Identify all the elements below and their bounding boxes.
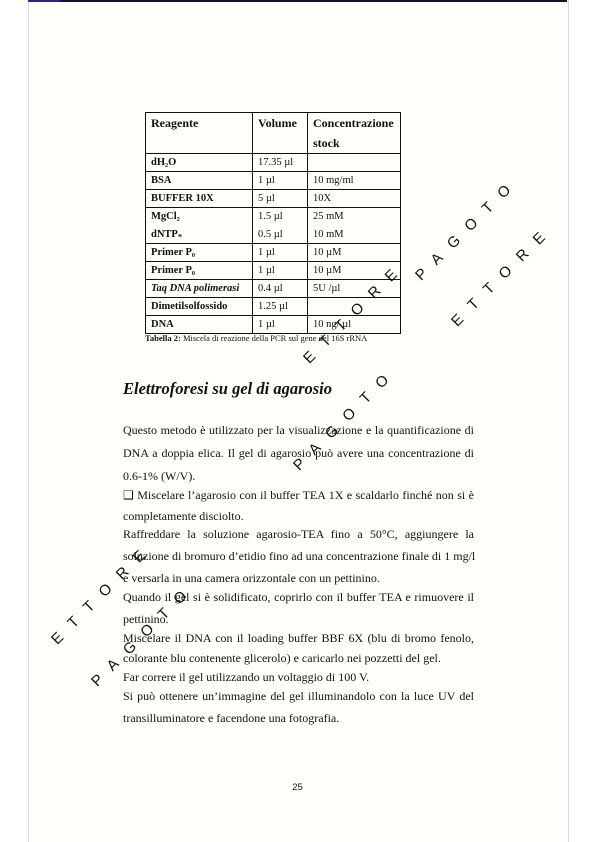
body-line: colorante blu contenente glicerolo) e ca… [123,651,474,665]
body-line: DNA a doppia elica. Il gel di agarosio p… [123,446,474,460]
table-row: BSA 1 µl 10 mg/ml [146,172,401,190]
table-caption: Tabella 2: Miscela di reazione della PCR… [145,333,367,343]
caption-label: Tabella 2: [145,333,181,343]
section-title: Elettroforesi su gel di agarosio [123,379,332,399]
body-line: pettinino. [123,612,474,626]
body-line: e versarla in una camera orizzontale con… [123,571,474,585]
table-row: Taq DNA polimerasi 0.4 µl 5U /µl [146,280,401,298]
page-number: 25 [0,782,595,793]
table-header-row: Reagente Volume Concentrazione stock [146,113,401,154]
body-line: transilluminatore e facendone una fotogr… [123,711,474,725]
body-line: soluzione di bromuro d’etidio fino ad un… [123,549,474,563]
table-row: Primer P₀ 1 µl 10 µM [146,262,401,280]
body-line: Quando il gel si è solidificato, coprirl… [123,590,474,604]
body-line: 0.6-1% (W/V). [123,469,474,483]
table-row: dH₂O 17.35 µl [146,154,401,172]
table-row: BUFFER 10X 5 µl 10X [146,190,401,208]
body-line: Si può ottenere un’immagine del gel illu… [123,689,474,703]
body-line: Raffreddare la soluzione agarosio-TEA fi… [123,527,474,541]
body-line: ❑ Miscelare l’agarosio con il buffer TEA… [123,488,474,502]
table-row: Primer P₀ 1 µl 10 µM [146,244,401,262]
body-line: Far correre il gel utilizzando un voltag… [123,670,474,684]
pcr-reaction-table: Reagente Volume Concentrazione stock dH₂… [145,112,401,334]
body-line: completamente disciolto. [123,509,474,523]
scan-artifact [28,0,60,2]
header-reagent: Reagente [146,113,253,154]
header-stock: Concentrazione stock [308,113,401,154]
page-top-edge [28,0,567,2]
caption-text: Miscela di reazione della PCR sul gene d… [181,333,368,343]
header-volume: Volume [253,113,308,154]
table-row: Dimetilsolfossido 1.25 µl [146,298,401,316]
table-row: DNA 1 µl 10 ng/ µl [146,316,401,334]
table-row-merged: MgCl₂ dNTPₛ 1.5 µl 0.5 µl 25 mM 10 mM [146,208,401,244]
body-line: Miscelare il DNA con il loading buffer B… [123,631,474,645]
body-line: Questo metodo è utilizzato per la visual… [123,423,474,437]
